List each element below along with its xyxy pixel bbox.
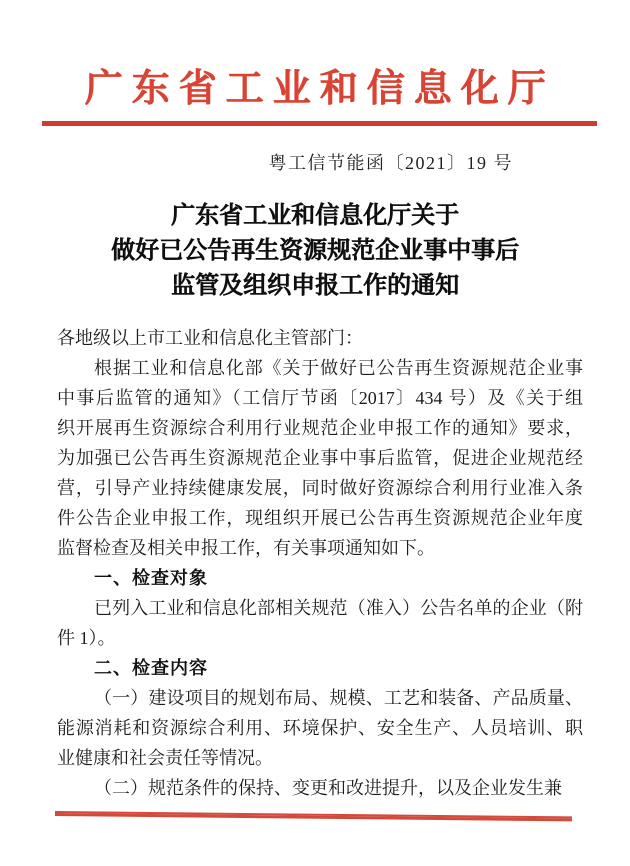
body-line: （二）规范条件的保持、变更和改进提升，以及企业发生兼 (57, 773, 583, 803)
footer-double-rule (55, 811, 572, 821)
body-line: 根据工业和信息化部《关于做好已公告再生资源规范企业事 (57, 353, 583, 383)
document-title-line-3: 监管及组织申报工作的通知 (0, 269, 630, 304)
body-line: 营，引导产业持续健康发展，同时做好资源综合利用行业准入条 (57, 473, 583, 503)
body-line: 业健康和社会责任等情况。 (57, 743, 583, 773)
body-line: 件 1）。 (57, 623, 583, 653)
body-line: 为加强已公告再生资源规范企业事中事后监管，促进企业规范经 (57, 443, 583, 473)
document-title-line-1: 广东省工业和信息化厅关于 (0, 199, 630, 234)
document-body: 各地级以上市工业和信息化主管部门：根据工业和信息化部《关于做好已公告再生资源规范… (57, 323, 583, 803)
body-line: 能源消耗和资源综合利用、环境保护、安全生产、人员培训、职 (57, 713, 583, 743)
body-line: 各地级以上市工业和信息化主管部门： (57, 323, 583, 353)
body-line: 件公告企业申报工作，现组织开展已公告再生资源规范企业年度 (57, 503, 583, 533)
body-line: 中事后监管的通知》（工信厅节函〔2017〕434 号）及《关于组 (57, 383, 583, 413)
body-line: 已列入工业和信息化部相关规范（准入）公告名单的企业（附 (57, 593, 583, 623)
header-double-rule (42, 121, 597, 126)
body-line: 织开展再生资源综合利用行业规范企业申报工作的通知》要求， (57, 413, 583, 443)
body-line: 监督检查及相关申报工作，有关事项通知如下。 (57, 533, 583, 563)
document-title-line-2: 做好已公告再生资源规范企业事中事后 (0, 234, 630, 269)
document-page: 广东省工业和信息化厅 粤工信节能函〔2021〕19 号 广东省工业和信息化厅关于… (0, 0, 630, 866)
document-title: 广东省工业和信息化厅关于 做好已公告再生资源规范企业事中事后 监管及组织申报工作… (0, 199, 630, 304)
letterhead-org-name: 广东省工业和信息化厅 (0, 66, 630, 112)
document-number: 粤工信节能函〔2021〕19 号 (269, 149, 514, 175)
section-heading: 二、检查内容 (57, 653, 583, 683)
section-heading: 一、检查对象 (57, 563, 583, 593)
body-line: （一）建设项目的规划布局、规模、工艺和装备、产品质量、 (57, 683, 583, 713)
